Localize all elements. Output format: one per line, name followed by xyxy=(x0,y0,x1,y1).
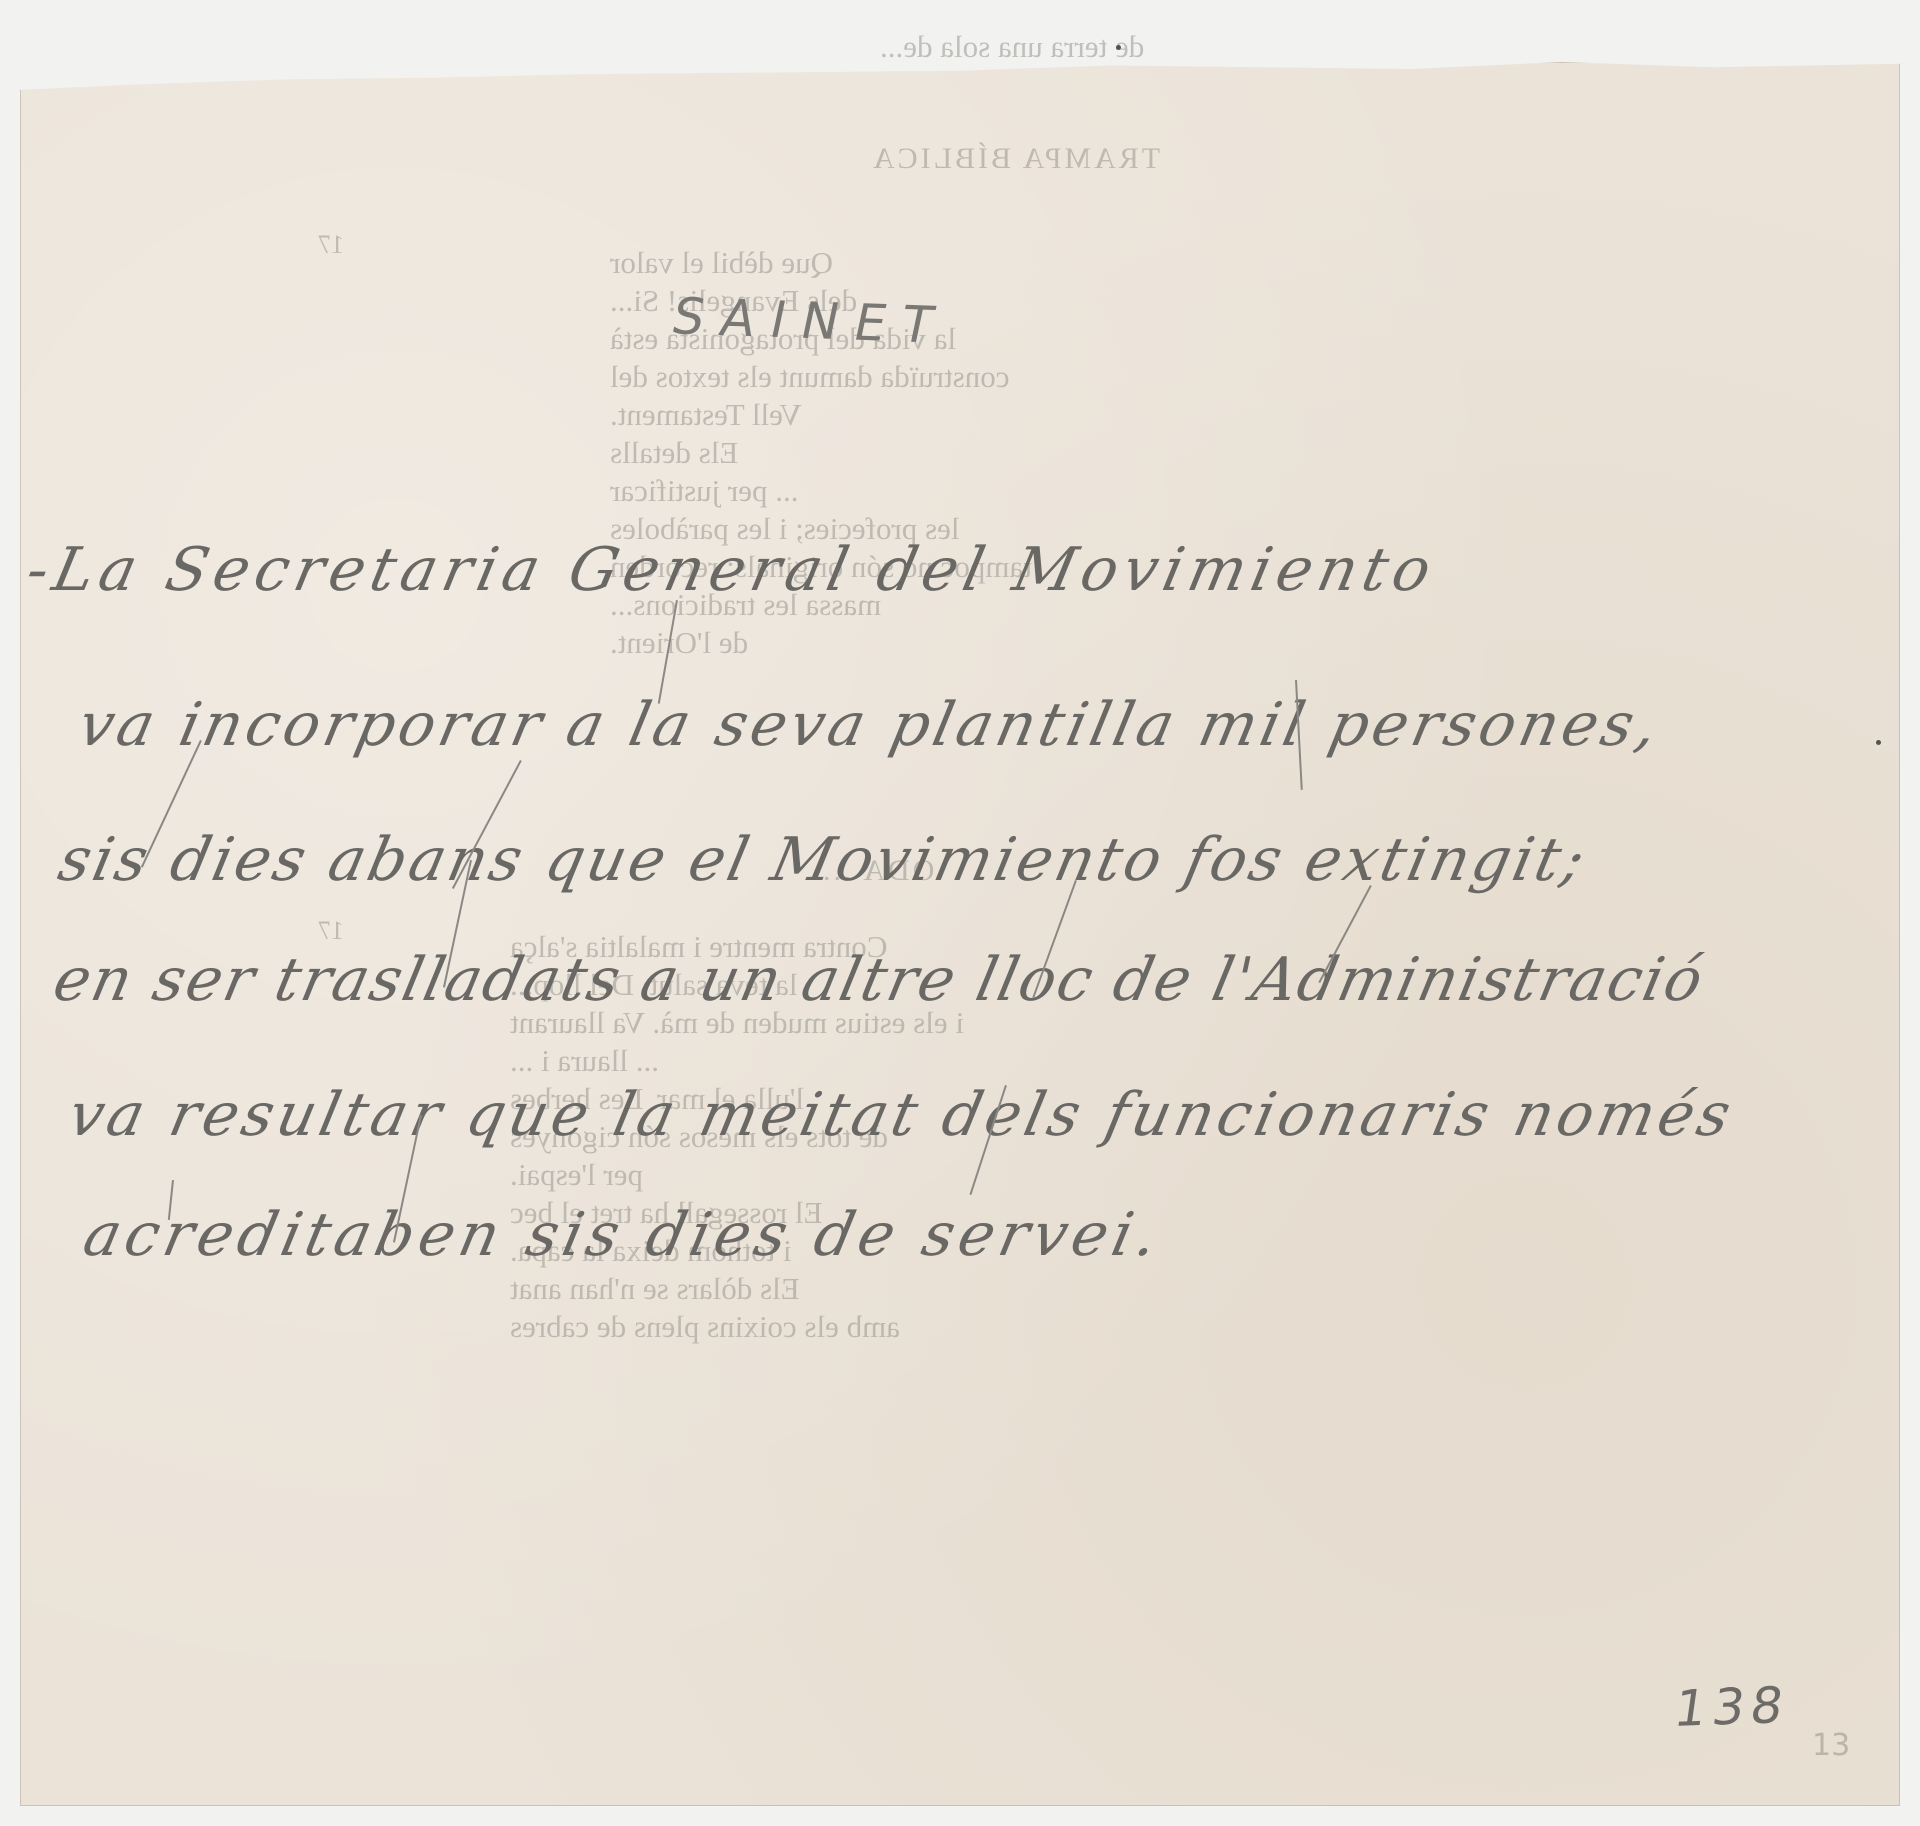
handwritten-line-3: sis dies abans que el Movimiento fos ext… xyxy=(53,825,1594,895)
bleed-line: ... llaura i ... xyxy=(510,1042,1170,1080)
bleed-line: de l'Orient. xyxy=(610,624,1170,662)
handwritten-line-5: va resultar que la meitat dels funcionar… xyxy=(63,1080,1741,1150)
handwritten-line-2: va incorporar a la seva plantilla mil pe… xyxy=(73,690,1668,760)
handwritten-line-6: acreditaben sis dies de servei. xyxy=(78,1200,1169,1270)
page-number: 138 xyxy=(1671,1676,1793,1738)
bleed-line: construïda damunt els textos del xyxy=(610,358,1170,396)
bleed-line: Els detalls xyxy=(610,434,1170,472)
handwritten-title: SAINET xyxy=(667,287,955,355)
bleed-number-1: 17 xyxy=(318,226,344,264)
bleed-line: amb els coixins plens de cabres xyxy=(510,1308,1170,1346)
bleed-line: ... per justificar xyxy=(610,472,1170,510)
ink-dot xyxy=(1876,740,1881,745)
bleed-line: Vell Testament. xyxy=(610,396,1170,434)
ink-dot xyxy=(1116,45,1121,50)
bleed-title-1: TRAMPA BÍBLICA xyxy=(870,140,1160,178)
bleed-line: Els dòlars se n'han anat xyxy=(510,1270,1170,1308)
bleed-line: Que dèbil el valor xyxy=(610,244,1170,282)
bleed-line: per l'espai. xyxy=(510,1156,1170,1194)
page-number-suffix: 13 xyxy=(1812,1728,1850,1763)
bleed-top-line: de terra una sola de... xyxy=(880,28,1180,66)
handwritten-line-1: -La Secretaria General del Movimiento xyxy=(21,535,1443,605)
handwritten-line-4: en ser traslladats a un altre lloc de l'… xyxy=(48,945,1711,1015)
